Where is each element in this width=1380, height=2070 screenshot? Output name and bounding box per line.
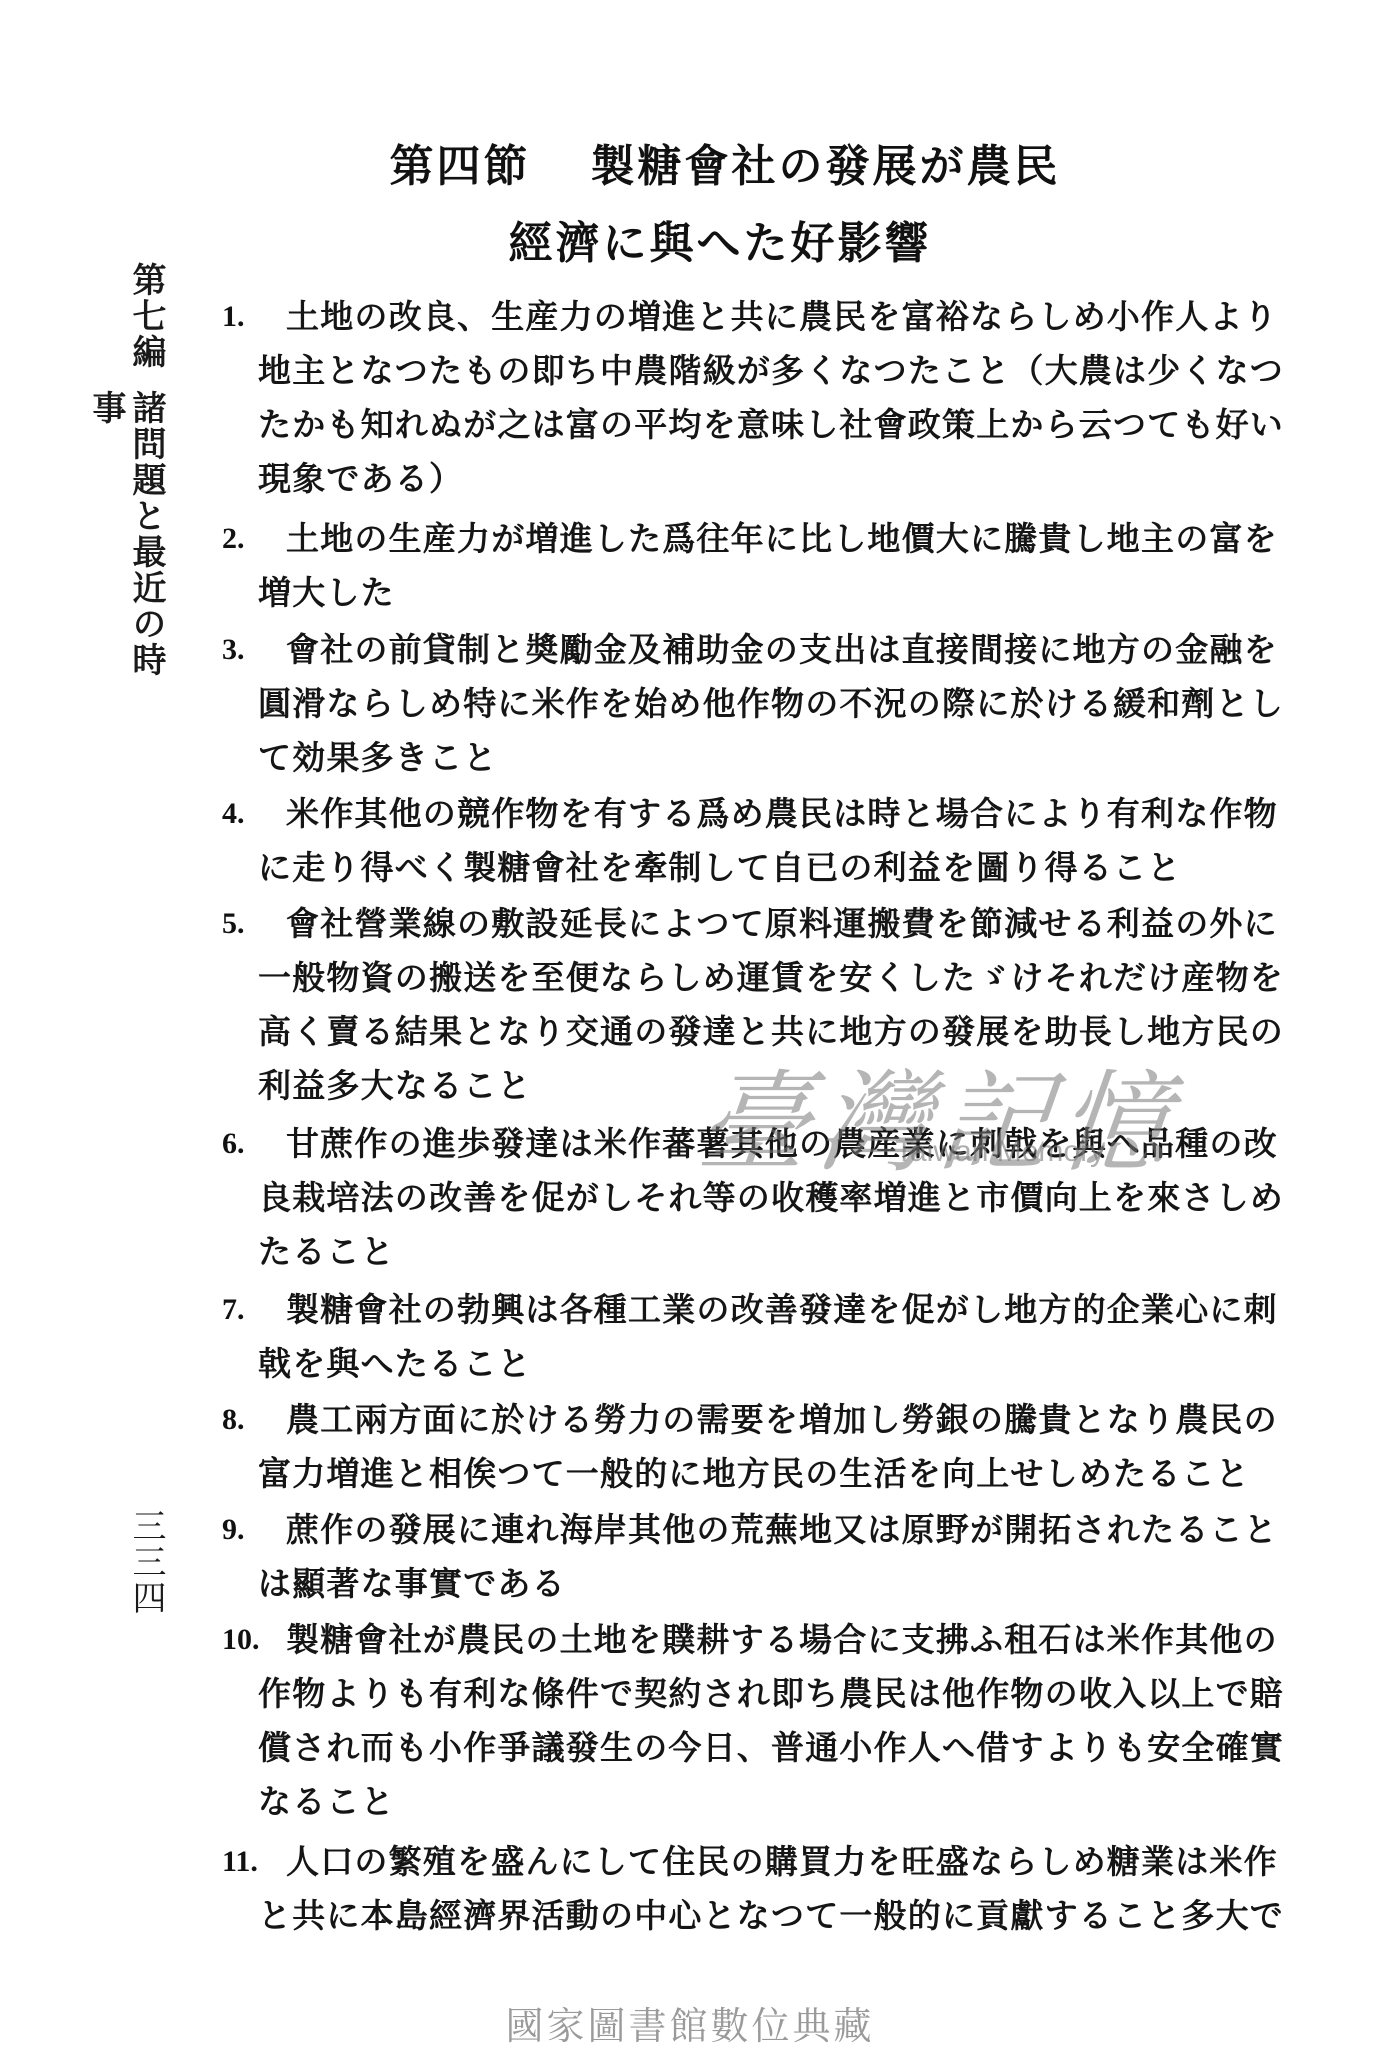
item-text: 人口の繁殖を盛んにして住民の購買力を旺盛ならしめ糖業は米作 と共に本島經濟界活動… — [286, 1835, 1272, 1943]
item-number: 8. — [222, 1393, 282, 1447]
text-line: 償され而も小作爭議發生の今日、普通小作人へ借すよりも安全確實 — [258, 1721, 1272, 1775]
list-item: 9. 蔗作の發展に連れ海岸其他の荒蕪地又は原野が開拓されたること は顯著な事實で… — [222, 1503, 1272, 1611]
text-line: 現象である） — [258, 452, 1272, 506]
text-line: 土地の生産力が増進した爲往年に比し地價大に騰貴し地主の富を — [286, 512, 1272, 566]
text-line: と共に本島經濟界活動の中心となつて一般的に貢獻すること多大で — [258, 1889, 1272, 1943]
text-line: 良栽培法の改善を促がしそれ等の收穫率増進と市價向上を來さしめ — [258, 1171, 1272, 1225]
text-line: 圓滑ならしめ特に米作を始め他作物の不況の際に於ける緩和劑とし — [258, 677, 1272, 731]
list-item: 7. 製糖會社の勃興は各種工業の改善發達を促がし地方的企業心に刺 戟を與へたるこ… — [222, 1283, 1272, 1391]
section-heading-line-1: 第四節製糖會社の發展が農民 — [0, 130, 1380, 194]
text-line: 人口の繁殖を盛んにして住民の購買力を旺盛ならしめ糖業は米作 — [286, 1835, 1272, 1889]
text-line: 戟を與へたること — [258, 1337, 1272, 1391]
item-text: 製糖會社が農民の土地を贌耕する場合に支拂ふ租石は米作其他の 作物よりも有利な條件… — [286, 1613, 1272, 1829]
text-line: 作物よりも有利な條件で契約され即ち農民は他作物の收入以上で賠 — [258, 1667, 1272, 1721]
item-number: 11. — [222, 1835, 282, 1889]
text-line: 蔗作の發展に連れ海岸其他の荒蕪地又は原野が開拓されたること — [286, 1503, 1272, 1557]
section-label: 第四節 — [390, 141, 531, 192]
item-text: 蔗作の發展に連れ海岸其他の荒蕪地又は原野が開拓されたること は顯著な事實である — [286, 1503, 1272, 1611]
section-title-part-1: 製糖會社の發展が農民 — [591, 141, 1061, 192]
page-number: 三三四 — [122, 1508, 166, 1618]
text-line: 利益多大なること — [258, 1059, 1272, 1113]
list-item: 6. 甘蔗作の進歩發達は米作蕃薯其他の農産業に刺戟を與へ品種の改 良栽培法の改善… — [222, 1117, 1272, 1279]
item-text: 製糖會社の勃興は各種工業の改善發達を促がし地方的企業心に刺 戟を與へたること — [286, 1283, 1272, 1391]
section-heading-line-2: 經濟に與へた好影響 — [0, 207, 1380, 271]
item-number: 9. — [222, 1503, 282, 1557]
item-text: 農工兩方面に於ける勞力の需要を増加し勞銀の騰貴となり農民の 富力増進と相俟つて一… — [286, 1393, 1272, 1501]
item-number: 4. — [222, 787, 282, 841]
item-text: 土地の生産力が増進した爲往年に比し地價大に騰貴し地主の富を 増大した — [286, 512, 1272, 620]
margin-chapter-title: 諸問題と最近の時事 — [122, 390, 166, 690]
text-line: に走り得べく製糖會社を牽制して自已の利益を圖り得ること — [258, 841, 1272, 895]
list-item: 5. 會社營業線の敷設延長によつて原料運搬費を節減せる利益の外に 一般物資の搬送… — [222, 897, 1272, 1113]
footer-credit: 國家圖書館數位典藏 — [0, 1995, 1380, 2050]
text-line: て効果多きこと — [258, 731, 1272, 785]
text-line: なること — [258, 1775, 1272, 1829]
list-item: 3. 會社の前貸制と奬勵金及補助金の支出は直接間接に地方の金融を 圓滑ならしめ特… — [222, 623, 1272, 785]
item-text: 會社營業線の敷設延長によつて原料運搬費を節減せる利益の外に 一般物資の搬送を至便… — [286, 897, 1272, 1113]
item-text: 米作其他の競作物を有する爲め農民は時と場合により有利な作物 に走り得べく製糖會社… — [286, 787, 1272, 895]
text-line: 農工兩方面に於ける勞力の需要を増加し勞銀の騰貴となり農民の — [286, 1393, 1272, 1447]
item-number: 10. — [222, 1613, 282, 1667]
list-item: 8. 農工兩方面に於ける勞力の需要を増加し勞銀の騰貴となり農民の 富力増進と相俟… — [222, 1393, 1272, 1501]
text-line: 富力増進と相俟つて一般的に地方民の生活を向上せしめたること — [258, 1447, 1272, 1501]
text-line: 増大した — [258, 566, 1272, 620]
list-item: 1. 土地の改良、生産力の増進と共に農民を富裕ならしめ小作人より 地主となつたも… — [222, 290, 1272, 506]
item-text: 土地の改良、生産力の増進と共に農民を富裕ならしめ小作人より 地主となつたもの即ち… — [286, 290, 1272, 506]
list-item: 2. 土地の生産力が増進した爲往年に比し地價大に騰貴し地主の富を 増大した — [222, 512, 1272, 620]
text-line: 會社の前貸制と奬勵金及補助金の支出は直接間接に地方の金融を — [286, 623, 1272, 677]
text-line: 一般物資の搬送を至便ならしめ運賃を安くしたゞけそれだけ産物を — [258, 951, 1272, 1005]
margin-chapter-label: 第七編 — [122, 262, 166, 382]
text-line: 高く賣る結果となり交通の發達と共に地方の發展を助長し地方民の — [258, 1005, 1272, 1059]
list-item: 11. 人口の繁殖を盛んにして住民の購買力を旺盛ならしめ糖業は米作 と共に本島經… — [222, 1835, 1272, 1943]
item-number: 7. — [222, 1283, 282, 1337]
item-number: 5. — [222, 897, 282, 951]
text-line: たること — [258, 1225, 1272, 1279]
text-line: たかも知れぬが之は富の平均を意味し社會政策上から云つても好い — [258, 398, 1272, 452]
list-item: 10. 製糖會社が農民の土地を贌耕する場合に支拂ふ租石は米作其他の 作物よりも有… — [222, 1613, 1272, 1829]
text-line: 地主となつたもの即ち中農階級が多くなつたこと（大農は少くなつ — [258, 344, 1272, 398]
text-line: 製糖會社の勃興は各種工業の改善發達を促がし地方的企業心に刺 — [286, 1283, 1272, 1337]
list-item: 4. 米作其他の競作物を有する爲め農民は時と場合により有利な作物 に走り得べく製… — [222, 787, 1272, 895]
item-number: 3. — [222, 623, 282, 677]
text-line: 甘蔗作の進歩發達は米作蕃薯其他の農産業に刺戟を與へ品種の改 — [286, 1117, 1272, 1171]
item-number: 1. — [222, 290, 282, 344]
text-line: 製糖會社が農民の土地を贌耕する場合に支拂ふ租石は米作其他の — [286, 1613, 1272, 1667]
item-text: 會社の前貸制と奬勵金及補助金の支出は直接間接に地方の金融を 圓滑ならしめ特に米作… — [286, 623, 1272, 785]
text-line: は顯著な事實である — [258, 1557, 1272, 1611]
item-number: 2. — [222, 512, 282, 566]
item-text: 甘蔗作の進歩發達は米作蕃薯其他の農産業に刺戟を與へ品種の改 良栽培法の改善を促が… — [286, 1117, 1272, 1279]
item-number: 6. — [222, 1117, 282, 1171]
text-line: 會社營業線の敷設延長によつて原料運搬費を節減せる利益の外に — [286, 897, 1272, 951]
text-line: 米作其他の競作物を有する爲め農民は時と場合により有利な作物 — [286, 787, 1272, 841]
text-line: 土地の改良、生産力の増進と共に農民を富裕ならしめ小作人より — [286, 290, 1272, 344]
